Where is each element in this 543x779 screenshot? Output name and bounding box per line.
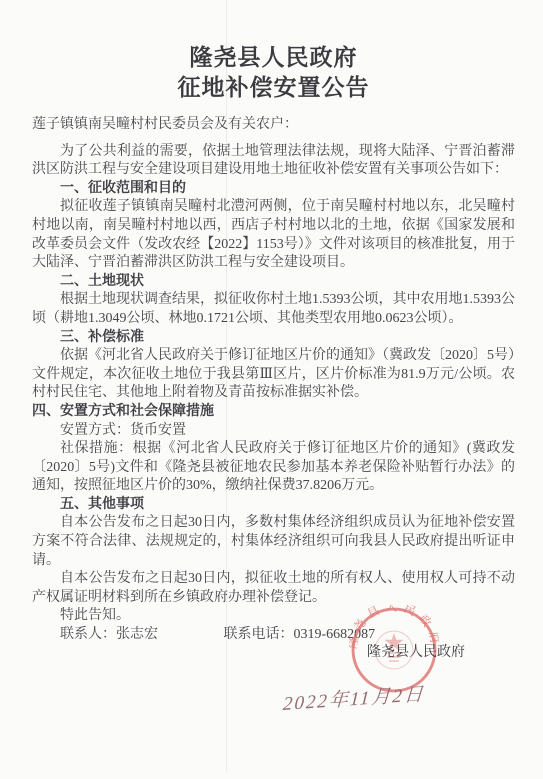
- addressee-line: 莲子镇镇南吴疃村村民委员会及有关农户：: [32, 116, 515, 135]
- heading-land-status: 二、土地现状: [32, 273, 515, 292]
- announcement-page: 隆尧县人民政府 征地补偿安置公告 莲子镇镇南吴疃村村民委员会及有关农户： 为了公…: [0, 0, 543, 779]
- heading-compensation: 三、补偿标准: [32, 329, 515, 348]
- paragraph-registration: 自本公告发布之日起30日内，拟征收土地的所有权人、使用权人可持不动产权属证明材料…: [32, 570, 515, 607]
- document-body: 隆尧县人民政府 征地补偿安置公告 莲子镇镇南吴疃村村民委员会及有关农户： 为了公…: [0, 0, 543, 645]
- heading-scope-purpose: 一、征收范围和目的: [32, 180, 515, 199]
- paragraph-land-status: 根据土地现状调查结果，拟征收你村土地1.5393公顷，其中农用地1.5393公顷…: [32, 291, 515, 328]
- paragraph-resettle-method: 安置方式：货币安置: [32, 422, 515, 441]
- handwritten-date: 2022年11月2日: [282, 679, 426, 716]
- paragraph-compensation: 依据《河北省人民政府关于修订征地区片价的通知》（冀政发〔2020〕5号）文件规定…: [32, 347, 515, 403]
- paragraph-intro: 为了公共利益的需要，依据土地管理法律法规，现将大陆泽、宁晋泊蓄滞洪区防洪工程与安…: [32, 143, 515, 180]
- issuer-signature: 隆尧县人民政府: [0, 641, 543, 661]
- contact-person: 联系人：张志宏: [60, 627, 158, 642]
- document-title-line1: 隆尧县人民政府: [32, 42, 515, 72]
- paragraph-hearing-request: 自本公告发布之日起30日内，多数村集体经济组织成员认为征地补偿安置方案不符合法律…: [32, 514, 515, 570]
- document-title-line2: 征地补偿安置公告: [32, 72, 515, 102]
- paragraph-notice-closing: 特此告知。: [32, 607, 515, 626]
- paragraph-scope: 拟征收莲子镇镇南吴疃村北澧河两侧，位于南吴疃村村地以东，北吴疃村村地以南，南吴疃…: [32, 198, 515, 272]
- paragraph-social-security: 社保措施：根据《河北省人民政府关于修订征地区片价的通知》(冀政发〔2020〕5号…: [32, 440, 515, 496]
- heading-other-matters: 五、其他事项: [32, 496, 515, 515]
- heading-resettlement: 四、安置方式和社会保障措施: [32, 403, 515, 422]
